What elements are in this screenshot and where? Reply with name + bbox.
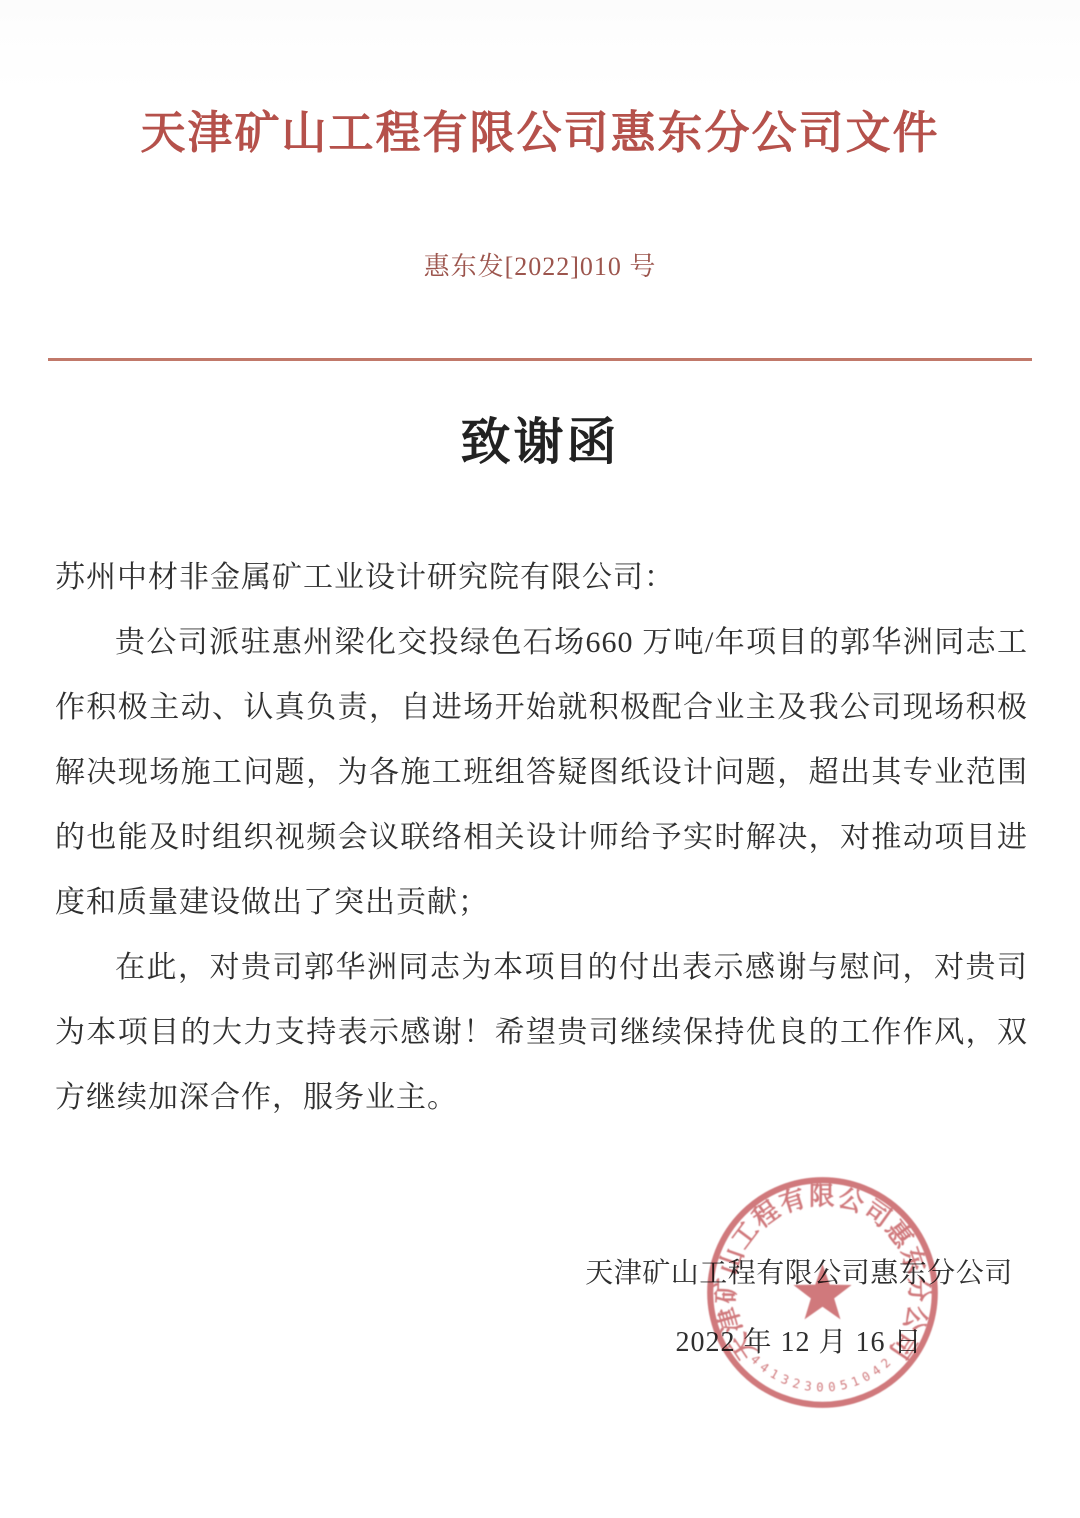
addressee-line: 苏州中材非金属矿工业设计研究院有限公司： xyxy=(55,545,1028,610)
letter-body: 苏州中材非金属矿工业设计研究院有限公司： 贵公司派驻惠州梁化交投绿色石场660 … xyxy=(55,545,1028,1130)
document-header-title: 天津矿山工程有限公司惠东分公司文件 xyxy=(0,96,1080,161)
document-number: 惠东发[2022]010 号 xyxy=(0,246,1080,283)
seal-serial-number: 4413230051042 xyxy=(748,1352,897,1394)
letter-title: 致谢函 xyxy=(0,402,1080,474)
seal-star-icon xyxy=(793,1264,851,1319)
svg-text:4413230051042: 4413230051042 xyxy=(748,1352,897,1394)
body-paragraph-1: 贵公司派驻惠州梁化交投绿色石场660 万吨/年项目的郭华洲同志工作积极主动、认真… xyxy=(55,610,1028,935)
body-paragraph-2: 在此，对贵司郭华洲同志为本项目的付出表示感谢与慰问，对贵司为本项目的大力支持表示… xyxy=(55,935,1028,1130)
red-divider-line xyxy=(48,358,1032,361)
document-page: 天津矿山工程有限公司惠东分公司文件 惠东发[2022]010 号 致谢函 苏州中… xyxy=(0,0,1080,1518)
official-seal: 天津矿山工程有限公司惠东分公司 4413230051042 xyxy=(700,1170,945,1415)
